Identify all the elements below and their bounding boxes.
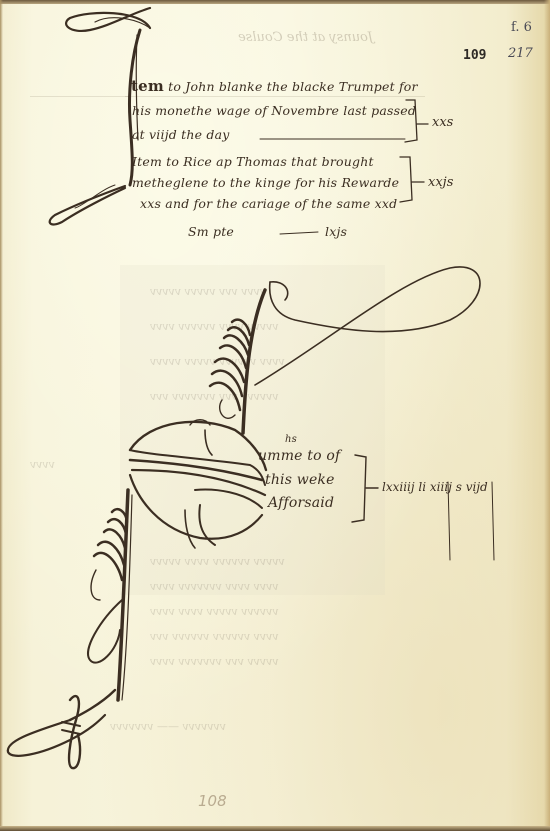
summary-line-1: umme to of [258,448,340,464]
entry-1-line-2: his monethe wage of Novembre last passed [132,103,416,118]
entry-2-amount: xxjs [428,175,453,190]
summary-line-2: this weke [265,472,335,488]
entry-2-line-3: xxs and for the cariage of the same xxd [140,196,397,211]
summary-amount: lxxiiij li xiiij s vijd [382,480,488,494]
entry-2-line-1: Item to Rice ap Thomas that brought [132,154,374,169]
entry-1-first-word: tem [131,77,164,95]
summary-superscript: hs [285,434,297,445]
manuscript-page: vvvv vvv vvvvv vvvvv vvvvv vvvv vvvvvv v… [0,0,550,831]
entry-2-line-2: metheglene to the kinge for his Rewarde [132,175,399,190]
entry-1-line-1-rest: to John blanke the blacke Trumpet for [168,79,418,94]
folio-number-bottom: 108 [198,792,227,810]
calligraphic-flourishes [0,0,550,831]
subtotal-amount: lxjs [325,224,347,239]
entry-1-line-1: tem to John blanke the blacke Trumpet fo… [131,77,418,95]
entry-1-amount: xxs [432,115,453,130]
initial-i-top-loop-icon [66,8,150,31]
entry-1-line-3: at viijd the day [132,127,230,142]
summary-line-3: Afforsaid [268,495,334,511]
subtotal-label: Sm pte [188,224,234,239]
